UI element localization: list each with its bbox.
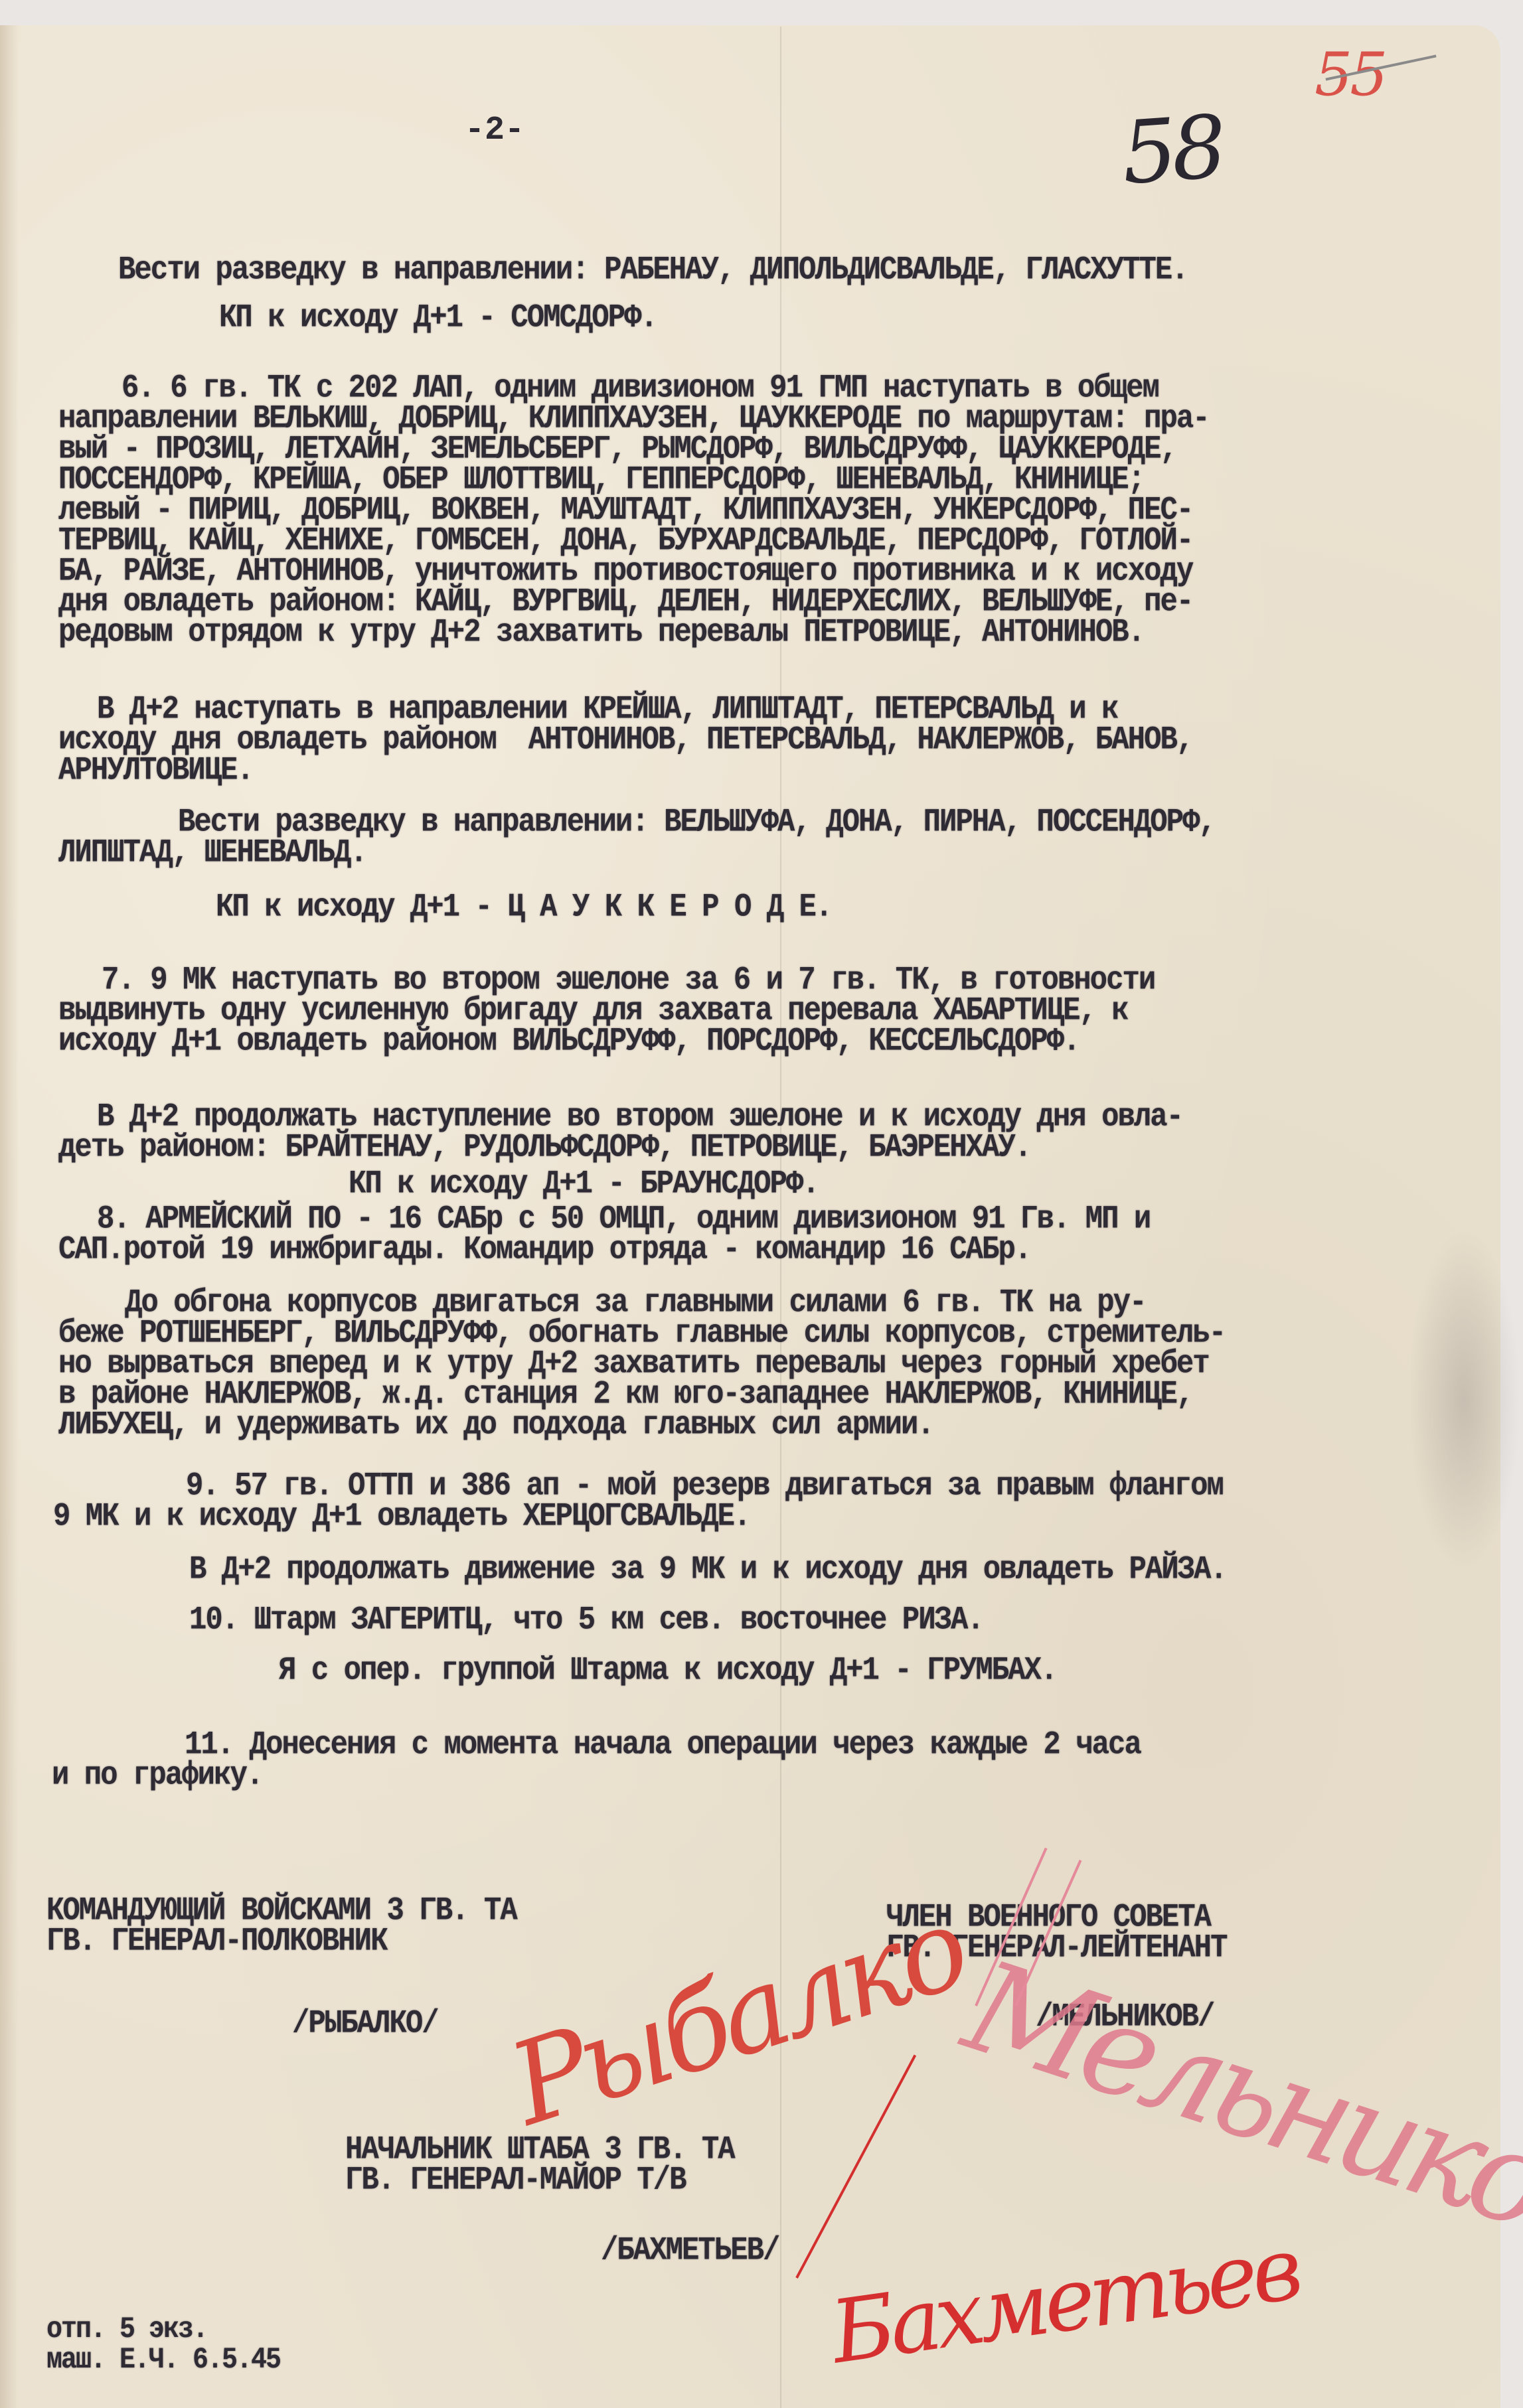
text-line: редовым отрядом к утру Д+2 захватить пер…	[58, 613, 1209, 652]
signatory-rank: ГВ. ГЕНЕРАЛ-МАЙОР Т/В	[345, 2161, 734, 2200]
text-line: исходу Д+1 овладеть районом ВИЛЬСДРУФФ, …	[58, 1022, 1128, 1061]
paragraph-10-group: Я с опер. группой Штарма к исходу Д+1 - …	[279, 1651, 1056, 1690]
text-line: ЛИБУХЕЦ, и удерживать их до подхода глав…	[58, 1406, 1225, 1444]
paragraph-7: 7. 9 МК наступать во втором эшелоне за 6…	[58, 961, 1128, 1057]
text-line: ЛИПШТАД, ШЕНЕВАЛЬД.	[58, 834, 1095, 872]
page-number: -2-	[465, 112, 524, 149]
typist-date-note: маш. Е.Ч. 6.5.45	[46, 2342, 280, 2380]
paragraph-11: 11. Донесения с момента начала операции …	[52, 1726, 1008, 1791]
paragraph-10: 10. Штарм ЗАГЕРИТЦ, что 5 км сев. восточ…	[189, 1601, 983, 1639]
paragraph-command-post: КП к исходу Д+1 - СОМСДОРФ.	[219, 299, 657, 337]
paragraph-8-orders: До обгона корпусов двигаться за главными…	[58, 1284, 1225, 1440]
paragraph-7-command-post: КП к исходу Д+1 - БРАУНСДОРФ.	[349, 1165, 819, 1203]
paragraph-9: 9. 57 гв. ОТТП и 386 ап - мой резерв дви…	[53, 1467, 1090, 1532]
text-line: и по графику.	[52, 1756, 1008, 1795]
paragraph-6-recon: Вести разведку в направлении: ВЕЛЬШУФА, …	[58, 803, 1095, 868]
signature-block-commander: КОМАНДУЮЩИЙ ВОЙСКАМИ 3 ГВ. ТА ГВ. ГЕНЕРА…	[46, 1892, 517, 1957]
signatory-rank: ГВ. ГЕНЕРАЛ-ПОЛКОВНИК	[46, 1922, 517, 1961]
paragraph-8: 8. АРМЕЙСКИЙ ПО - 16 САБр с 50 ОМЦП, одн…	[58, 1200, 1111, 1265]
paper-edge	[0, 25, 19, 2408]
archive-sheet-number: 58	[1119, 96, 1225, 204]
ink-smudge	[1407, 1228, 1520, 1573]
paragraph-7-day2: В Д+2 продолжать наступление во втором э…	[58, 1098, 1144, 1163]
text-line: 9 МК и к исходу Д+1 овладеть ХЕРЦОГСВАЛЬ…	[53, 1497, 1090, 1536]
footer-distribution: отп. 5 экз. маш. Е.Ч. 6.5.45	[46, 2311, 280, 2376]
paragraph-6-day2: В Д+2 наступать в направлении КРЕЙША, ЛИ…	[58, 690, 1192, 786]
signatory-name-bakhmetev: /БАХМЕТЬЕВ/	[601, 2231, 779, 2270]
signatory-name-rybalko: /РЫБАЛКО/	[292, 2004, 438, 2043]
paragraph-6: 6. 6 гв. ТК с 202 ЛАП, одним дивизионом …	[58, 369, 1209, 648]
paragraph-6-command-post: КП к исходу Д+1 - Ц А У К К Е Р О Д Е.	[216, 888, 831, 927]
text-line: АРНУЛТОВИЦЕ.	[58, 751, 1192, 790]
text-line: деть районом: БРАЙТЕНАУ, РУДОЛЬФСДОРФ, П…	[58, 1128, 1144, 1167]
text-line: САП.ротой 19 инжбригады. Командир отряда…	[58, 1231, 1111, 1269]
paragraph-reconnaissance: Вести разведку в направлении: РАБЕНАУ, Д…	[118, 251, 1188, 289]
paragraph-9-day2: В Д+2 продолжать движение за 9 МК и к ис…	[189, 1550, 1226, 1589]
